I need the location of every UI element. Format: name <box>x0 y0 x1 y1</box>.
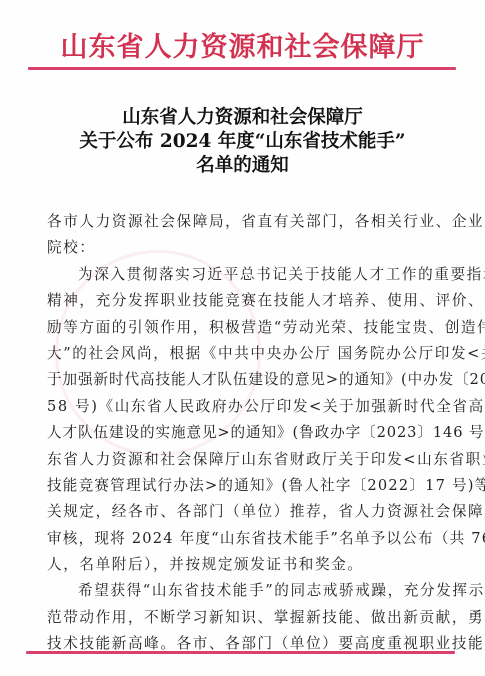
paragraph-line: 技能竞赛管理试行办法>的通知》(鲁人社字〔2022〕17 号)等有 <box>47 473 443 499</box>
masthead-title: 山东省人力资源和社会保障厅 <box>0 30 485 66</box>
paragraph-line: 58 号)《山东省人民政府办公厅印发<关于加强新时代全省高技能 <box>47 394 443 420</box>
addressee-line: 各市人力资源社会保障局，省直有关部门，各相关行业、企业、 <box>47 209 443 235</box>
paragraph-line: 为深入贯彻落实习近平总书记关于技能人才工作的重要指示 <box>47 262 443 288</box>
paragraph-line: 希望获得“山东省技术能手”的同志戒骄戒躁，充分发挥示 <box>47 578 443 604</box>
masthead-red-rule <box>28 67 456 70</box>
title-line: 关于公布 2024 年度“山东省技术能手” <box>0 130 485 154</box>
paragraph-line: 人，名单附后），并按规定颁发证书和奖金。 <box>47 552 443 578</box>
paragraph-line: 人才队伍建设的实施意见>的通知》(鲁政办字〔2023〕146 号)《山 <box>47 420 443 446</box>
footer-red-rule <box>26 651 455 654</box>
paragraph-line: 大”的社会风尚，根据《中共中央办公厅 国务院办公厅印发<关 <box>47 341 443 367</box>
notice-title: 山东省人力资源和社会保障厅 关于公布 2024 年度“山东省技术能手” 名单的通… <box>0 106 485 178</box>
paragraph-line: 审核，现将 2024 年度“山东省技术能手”名单予以公布（共 762 <box>47 526 443 552</box>
paragraph-line: 范带动作用，不断学习新知识、掌握新技能、做出新贡献，勇攀 <box>47 605 443 631</box>
paragraph-line: 东省人力资源和社会保障厅山东省财政厅关于印发<山东省职业 <box>47 447 443 473</box>
paragraph-line: 精神，充分发挥职业技能竞赛在技能人才培养、使用、评价、激 <box>47 288 443 314</box>
document-page: 山东省人力资源和社会保障厅 山东省人力资源和社会保障厅 关于公布 2024 年度… <box>0 0 485 676</box>
paragraph-line: 励等方面的引领作用，积极营造“劳动光荣、技能宝贵、创造伟 <box>47 315 443 341</box>
notice-body: 各市人力资源社会保障局，省直有关部门，各相关行业、企业、 院校： 为深入贯彻落实… <box>47 209 443 658</box>
title-line: 山东省人力资源和社会保障厅 <box>0 106 485 130</box>
title-line: 名单的通知 <box>0 154 485 178</box>
paragraph-line: 关规定，经各市、各部门（单位）推荐，省人力资源社会保障厅 <box>47 499 443 525</box>
paragraph-line: 于加强新时代高技能人才队伍建设的意见>的通知》(中办发〔2022〕 <box>47 367 443 393</box>
addressee-line: 院校： <box>47 235 443 261</box>
